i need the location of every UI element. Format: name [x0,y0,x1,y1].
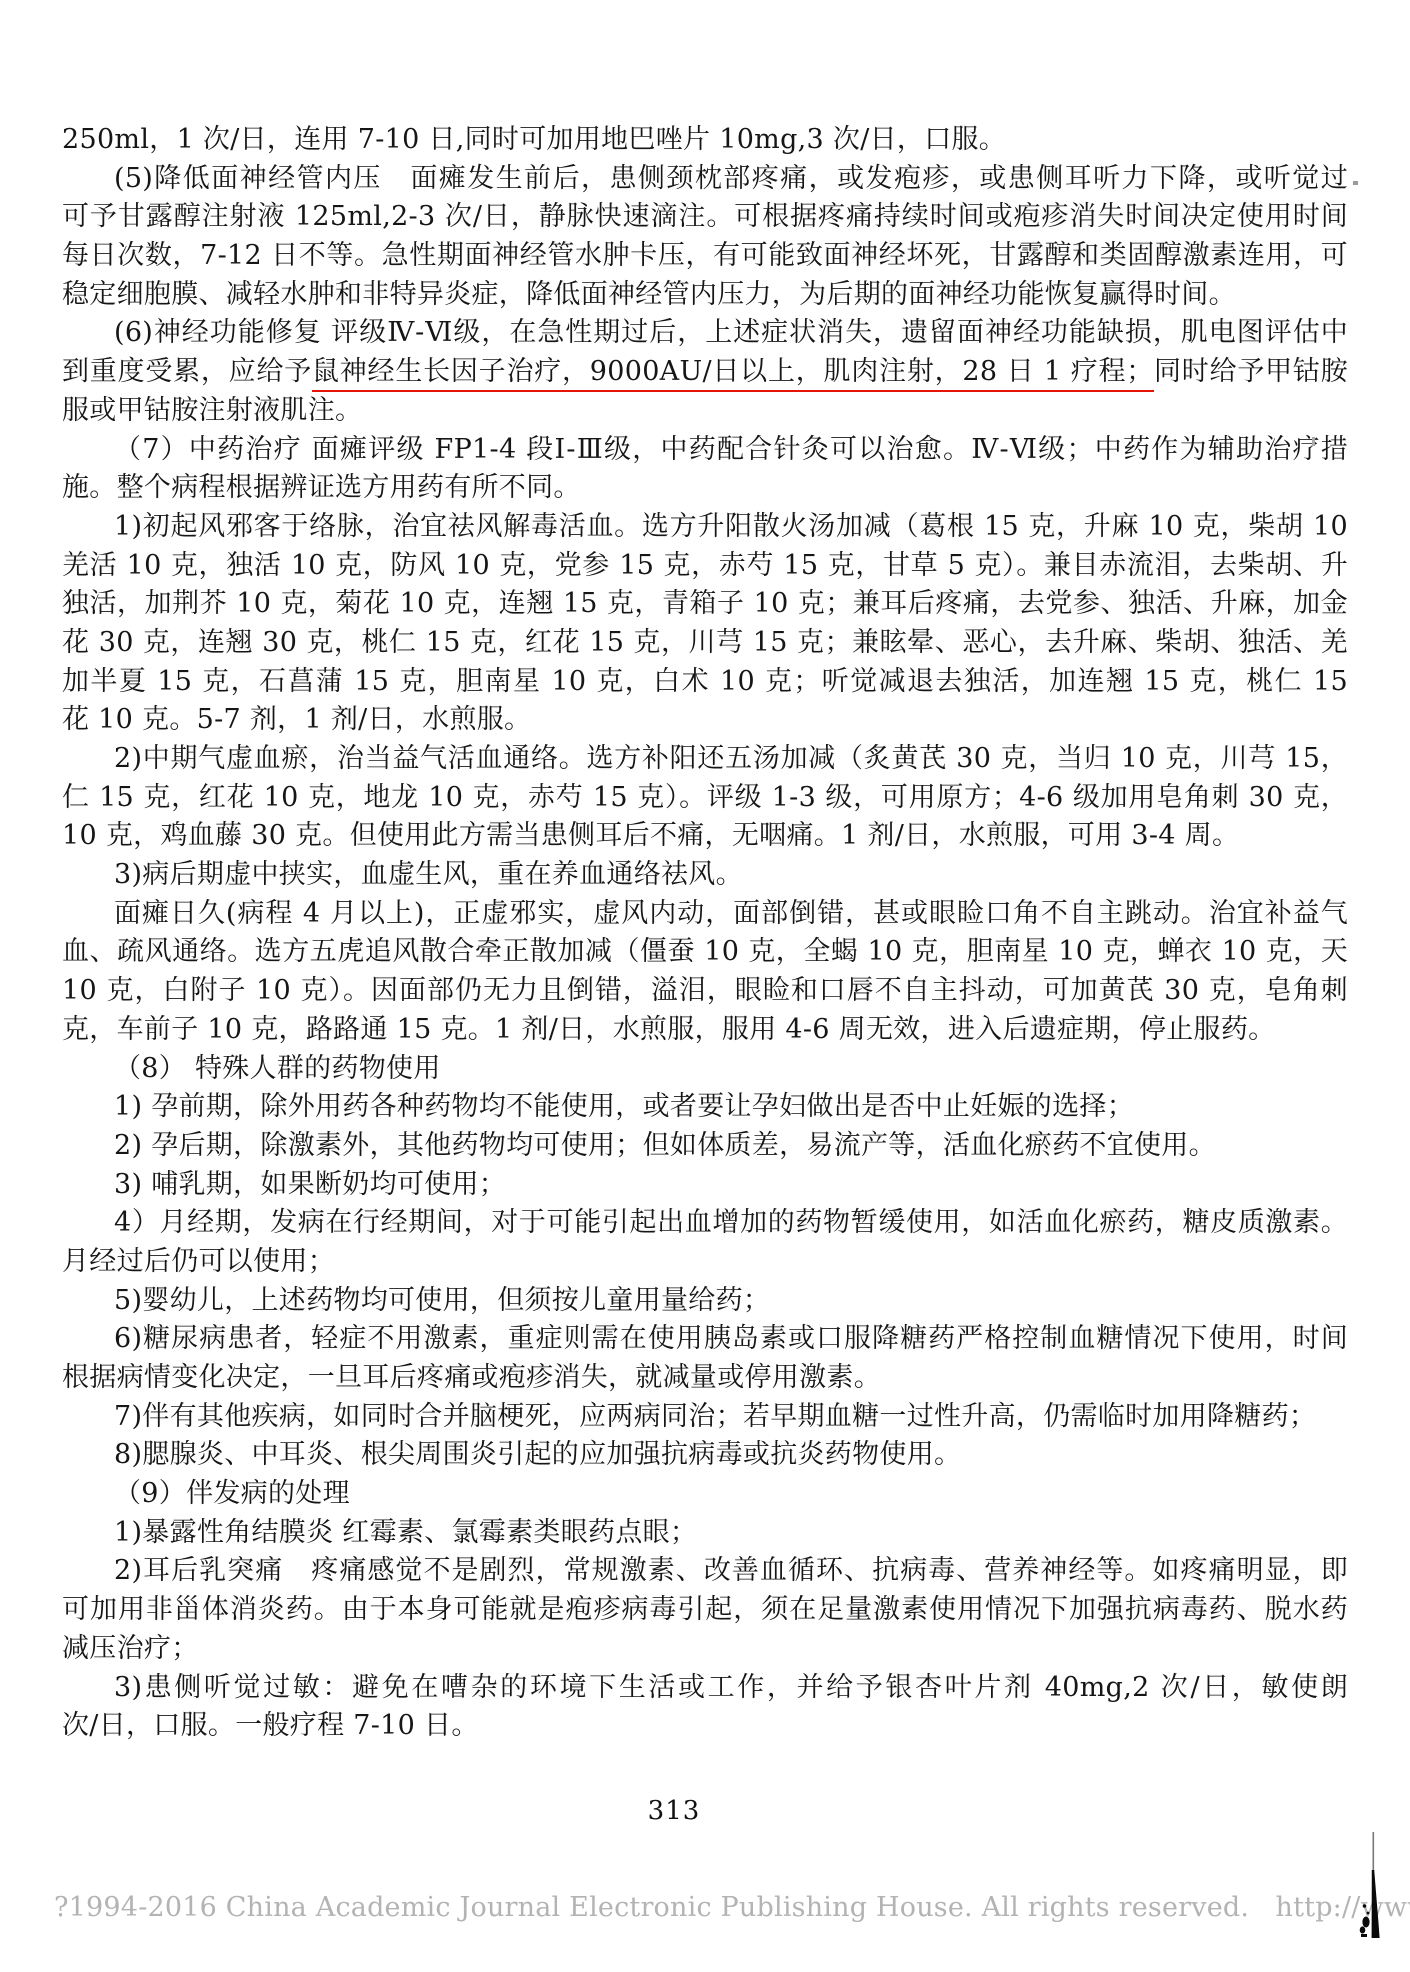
text-segment: 1)暴露性角结膜炎 红霉素、氯霉素类眼药点眼； [114,1517,697,1548]
text-line: 花 10 克。5-7 剂，1 剂/日，水煎服。 [62,701,1348,740]
text-segment: 10 克，鸡血藤 30 克。但使用此方需当患侧耳后不痛，无咽痛。1 剂/日，水煎… [62,820,1239,851]
text-segment: (6)神经功能修复 评级Ⅳ-Ⅵ级，在急性期过后，上述症状消失，遗留面神经功能缺损… [114,317,1348,348]
text-line: 5)婴幼儿，上述药物均可使用，但须按儿童用量给药； [62,1282,1348,1321]
text-segment: 2) 孕后期，除激素外，其他药物均可使用；但如体质差，易流产等，活血化瘀药不宜使… [114,1130,1216,1161]
scan-speck-icon [1312,437,1315,446]
text-line: （7）中药治疗 面瘫评级 FP1-4 段Ⅰ-Ⅲ级，中药配合针灸可以治愈。Ⅳ-Ⅵ级… [62,431,1348,470]
text-segment: 减压治疗； [62,1633,199,1664]
text-segment: 3)病后期虚中挟实，血虚生风，重在养血通络祛风。 [114,859,743,890]
text-line: 6)糖尿病患者，轻症不用激素，重症则需在使用胰岛素或口服降糖药严格控制血糖情况下… [62,1320,1348,1359]
text-segment: 8)腮腺炎、中耳炎、根尖周围炎引起的应加强抗病毒或抗炎药物使用。 [114,1439,961,1470]
text-line: 减压治疗； [62,1630,1348,1669]
text-segment: 每日次数，7-12 日不等。急性期面神经管水肿卡压，有可能致面神经坏死，甘露醇和… [62,240,1348,271]
text-segment: 可予甘露醇注射液 125ml,2-3 次/日，静脉快速滴注。可根据疼痛持续时间或… [62,201,1348,237]
text-segment: 月经过后仍可以使用； [62,1246,335,1277]
red-underlined-text: 鼠神经生长因子治疗，9000AU/日以上，肌肉注射，28 日 1 疗程； [312,356,1154,392]
text-segment: 面瘫日久(病程 4 月以上)，正虚邪实，虚风内动，面部倒错，甚或眼睑口角不自主跳… [114,898,1348,929]
text-segment: 6)糖尿病患者，轻症不用激素，重症则需在使用胰岛素或口服降糖药严格控制血糖情况下… [114,1323,1348,1354]
text-segment: 4）月经期，发病在行经期间，对于可能引起出血增加的药物暂缓使用，如活血化瘀药，糖… [114,1207,1348,1238]
text-line: (5)降低面神经管内压 面瘫发生前后，患侧颈枕部疼痛，或发疱疹，或患侧耳听力下降… [62,160,1348,199]
text-line: 1)初起风邪客于络脉，治宜祛风解毒活血。选方升阳散火汤加减（葛根 15 克，升麻… [62,508,1348,547]
text-segment: 独活，加荆芥 10 克，菊花 10 克，连翘 15 克，青箱子 10 克；兼耳后… [62,588,1348,624]
text-line: 花 30 克，连翘 30 克，桃仁 15 克，红花 15 克，川芎 15 克；兼… [62,624,1348,663]
text-line: 克，车前子 10 克，路路通 15 克。1 剂/日，水煎服，服用 4-6 周无效… [62,1011,1348,1050]
text-segment: 花 30 克，连翘 30 克，桃仁 15 克，红花 15 克，川芎 15 克；兼… [62,627,1348,663]
text-line: 4）月经期，发病在行经期间，对于可能引起出血增加的药物暂缓使用，如活血化瘀药，糖… [62,1204,1348,1243]
text-segment: 根据病情变化决定，一旦耳后疼痛或疱疹消失，就减量或停用激素。 [62,1362,881,1393]
text-line: 10 克，白附子 10 克）。因面部仍无力且倒错，溢泪，眼睑和口唇不自主抖动，可… [62,972,1348,1011]
text-line: 血、疏风通络。选方五虎追风散合牵正散加减（僵蚕 10 克，全蝎 10 克，胆南星… [62,933,1348,972]
text-line: 到重度受累，应给予鼠神经生长因子治疗，9000AU/日以上，肌肉注射，28 日 … [62,353,1348,392]
scan-artifact-stroke-icon [1355,1828,1395,1948]
text-segment: 3)患侧听觉过敏：避免在嘈杂的环境下生活或工作，并给予银杏叶片剂 40mg,2 … [62,1672,1348,1708]
text-line: 可予甘露醇注射液 125ml,2-3 次/日，静脉快速滴注。可根据疼痛持续时间或… [62,198,1348,237]
text-line: 2) 孕后期，除激素外，其他药物均可使用；但如体质差，易流产等，活血化瘀药不宜使… [62,1127,1348,1166]
text-segment: 次/日，口服。一般疗程 7-10 日。 [62,1710,479,1741]
text-line: 可加用非甾体消炎药。由于本身可能就是疱疹病毒引起，须在足量激素使用情况下加强抗病… [62,1591,1348,1630]
text-segment: 服或甲钴胺注射液肌注。 [62,395,362,426]
text-segment: 可加用非甾体消炎药。由于本身可能就是疱疹病毒引起，须在足量激素使用情况下加强抗病… [62,1594,1348,1625]
text-line: 3) 哺乳期，如果断奶均可使用； [62,1166,1348,1205]
text-segment: （7）中药治疗 面瘫评级 FP1-4 段Ⅰ-Ⅲ级，中药配合针灸可以治愈。Ⅳ-Ⅵ级… [114,434,1348,465]
text-line: 服或甲钴胺注射液肌注。 [62,392,1348,431]
text-segment: 血、疏风通络。选方五虎追风散合牵正散加减（僵蚕 10 克，全蝎 10 克，胆南星… [62,936,1348,972]
text-segment: 仁 15 克，红花 10 克，地龙 10 克，赤芍 15 克）。评级 1-3 级… [62,782,1348,818]
text-line: 施。整个病程根据辨证选方用药有所不同。 [62,469,1348,508]
text-line: 羌活 10 克，独活 10 克，防风 10 克，党参 15 克，赤芍 15 克，… [62,547,1348,586]
text-line: 仁 15 克，红花 10 克，地龙 10 克，赤芍 15 克）。评级 1-3 级… [62,779,1348,818]
text-segment: （9）伴发病的处理 [114,1478,350,1509]
text-segment: 1)初起风邪客于络脉，治宜祛风解毒活血。选方升阳散火汤加减（葛根 15 克，升麻… [62,511,1348,547]
text-segment: 稳定细胞膜、减轻水肿和非特异炎症，降低面神经管内压力，为后期的面神经功能恢复赢得… [62,279,1236,310]
text-line: 稳定细胞膜、减轻水肿和非特异炎症，降低面神经管内压力，为后期的面神经功能恢复赢得… [62,276,1348,315]
text-line: （8） 特殊人群的药物使用 [62,1050,1348,1089]
text-line: 2)中期气虚血瘀，治当益气活血通络。选方补阳还五汤加减（炙黄芪 30 克，当归 … [62,740,1348,779]
document-text-block: 250ml，1 次/日，连用 7-10 日,同时可加用地巴唑片 10mg,3 次… [62,121,1348,1746]
text-segment: 羌活 10 克，独活 10 克，防风 10 克，党参 15 克，赤芍 15 克，… [62,550,1348,586]
text-segment: (5)降低面神经管内压 面瘫发生前后，患侧颈枕部疼痛，或发疱疹，或患侧耳听力下降… [62,163,1348,199]
text-line: 3)患侧听觉过敏：避免在嘈杂的环境下生活或工作，并给予银杏叶片剂 40mg,2 … [62,1669,1348,1708]
text-line: （9）伴发病的处理 [62,1475,1348,1514]
footer-copyright-text: ?1994-2016 China Academic Journal Electr… [54,1892,1410,1923]
text-segment: 2)中期气虚血瘀，治当益气活血通络。选方补阳还五汤加减（炙黄芪 30 克，当归 … [62,743,1348,779]
text-line: 3)病后期虚中挟实，血虚生风，重在养血通络祛风。 [62,856,1348,895]
text-line: 250ml，1 次/日，连用 7-10 日,同时可加用地巴唑片 10mg,3 次… [62,121,1348,160]
text-segment: 加半夏 15 克，石菖蒲 15 克，胆南星 10 克，白术 10 克；听觉减退去… [62,666,1348,702]
text-segment: 7)伴有其他疾病，如同时合并脑梗死，应两病同治；若早期血糖一过性升高，仍需临时加… [114,1401,1316,1432]
text-segment: 施。整个病程根据辨证选方用药有所不同。 [62,472,581,503]
text-line: 根据病情变化决定，一旦耳后疼痛或疱疹消失，就减量或停用激素。 [62,1359,1348,1398]
text-line: 10 克，鸡血藤 30 克。但使用此方需当患侧耳后不痛，无咽痛。1 剂/日，水煎… [62,817,1348,856]
text-line: 2)耳后乳突痛 疼痛感觉不是剧烈，常规激素、改善血循环、抗病毒、营养神经等。如疼… [62,1552,1348,1591]
text-segment: 5)婴幼儿，上述药物均可使用，但须按儿童用量给药； [114,1285,770,1316]
text-segment: 3) 哺乳期，如果断奶均可使用； [114,1169,506,1200]
text-line: 独活，加荆芥 10 克，菊花 10 克，连翘 15 克，青箱子 10 克；兼耳后… [62,585,1348,624]
text-line: (6)神经功能修复 评级Ⅳ-Ⅵ级，在急性期过后，上述症状消失，遗留面神经功能缺损… [62,314,1348,353]
text-line: 7)伴有其他疾病，如同时合并脑梗死，应两病同治；若早期血糖一过性升高，仍需临时加… [62,1398,1348,1437]
text-line: 面瘫日久(病程 4 月以上)，正虚邪实，虚风内动，面部倒错，甚或眼睑口角不自主跳… [62,895,1348,934]
text-segment: （8） 特殊人群的药物使用 [114,1053,441,1084]
text-line: 次/日，口服。一般疗程 7-10 日。 [62,1707,1348,1746]
text-segment: 花 10 克。5-7 剂，1 剂/日，水煎服。 [62,704,531,735]
text-line: 每日次数，7-12 日不等。急性期面神经管水肿卡压，有可能致面神经坏死，甘露醇和… [62,237,1348,276]
text-line: 8)腮腺炎、中耳炎、根尖周围炎引起的应加强抗病毒或抗炎药物使用。 [62,1436,1348,1475]
text-segment: 250ml，1 次/日，连用 7-10 日,同时可加用地巴唑片 10mg,3 次… [62,124,1006,155]
scanned-document-page: 250ml，1 次/日，连用 7-10 日,同时可加用地巴唑片 10mg,3 次… [0,0,1410,1972]
text-segment: 到重度受累，应给予 [62,356,312,387]
text-segment: 克，车前子 10 克，路路通 15 克。1 剂/日，水煎服，服用 4-6 周无效… [62,1014,1275,1045]
text-line: 1) 孕前期，除外用药各种药物均不能使用，或者要让孕妇做出是否中止妊娠的选择； [62,1088,1348,1127]
text-line: 月经过后仍可以使用； [62,1243,1348,1282]
page-number: 313 [0,1796,1348,1826]
text-segment: 10 克，白附子 10 克）。因面部仍无力且倒错，溢泪，眼睑和口唇不自主抖动，可… [62,975,1348,1011]
text-segment: 2)耳后乳突痛 疼痛感觉不是剧烈，常规激素、改善血循环、抗病毒、营养神经等。如疼… [114,1555,1348,1586]
text-line: 加半夏 15 克，石菖蒲 15 克，胆南星 10 克，白术 10 克；听觉减退去… [62,663,1348,702]
text-segment: 1) 孕前期，除外用药各种药物均不能使用，或者要让孕妇做出是否中止妊娠的选择； [114,1091,1134,1122]
scan-speck-icon [1353,181,1358,185]
text-line: 1)暴露性角结膜炎 红霉素、氯霉素类眼药点眼； [62,1514,1348,1553]
